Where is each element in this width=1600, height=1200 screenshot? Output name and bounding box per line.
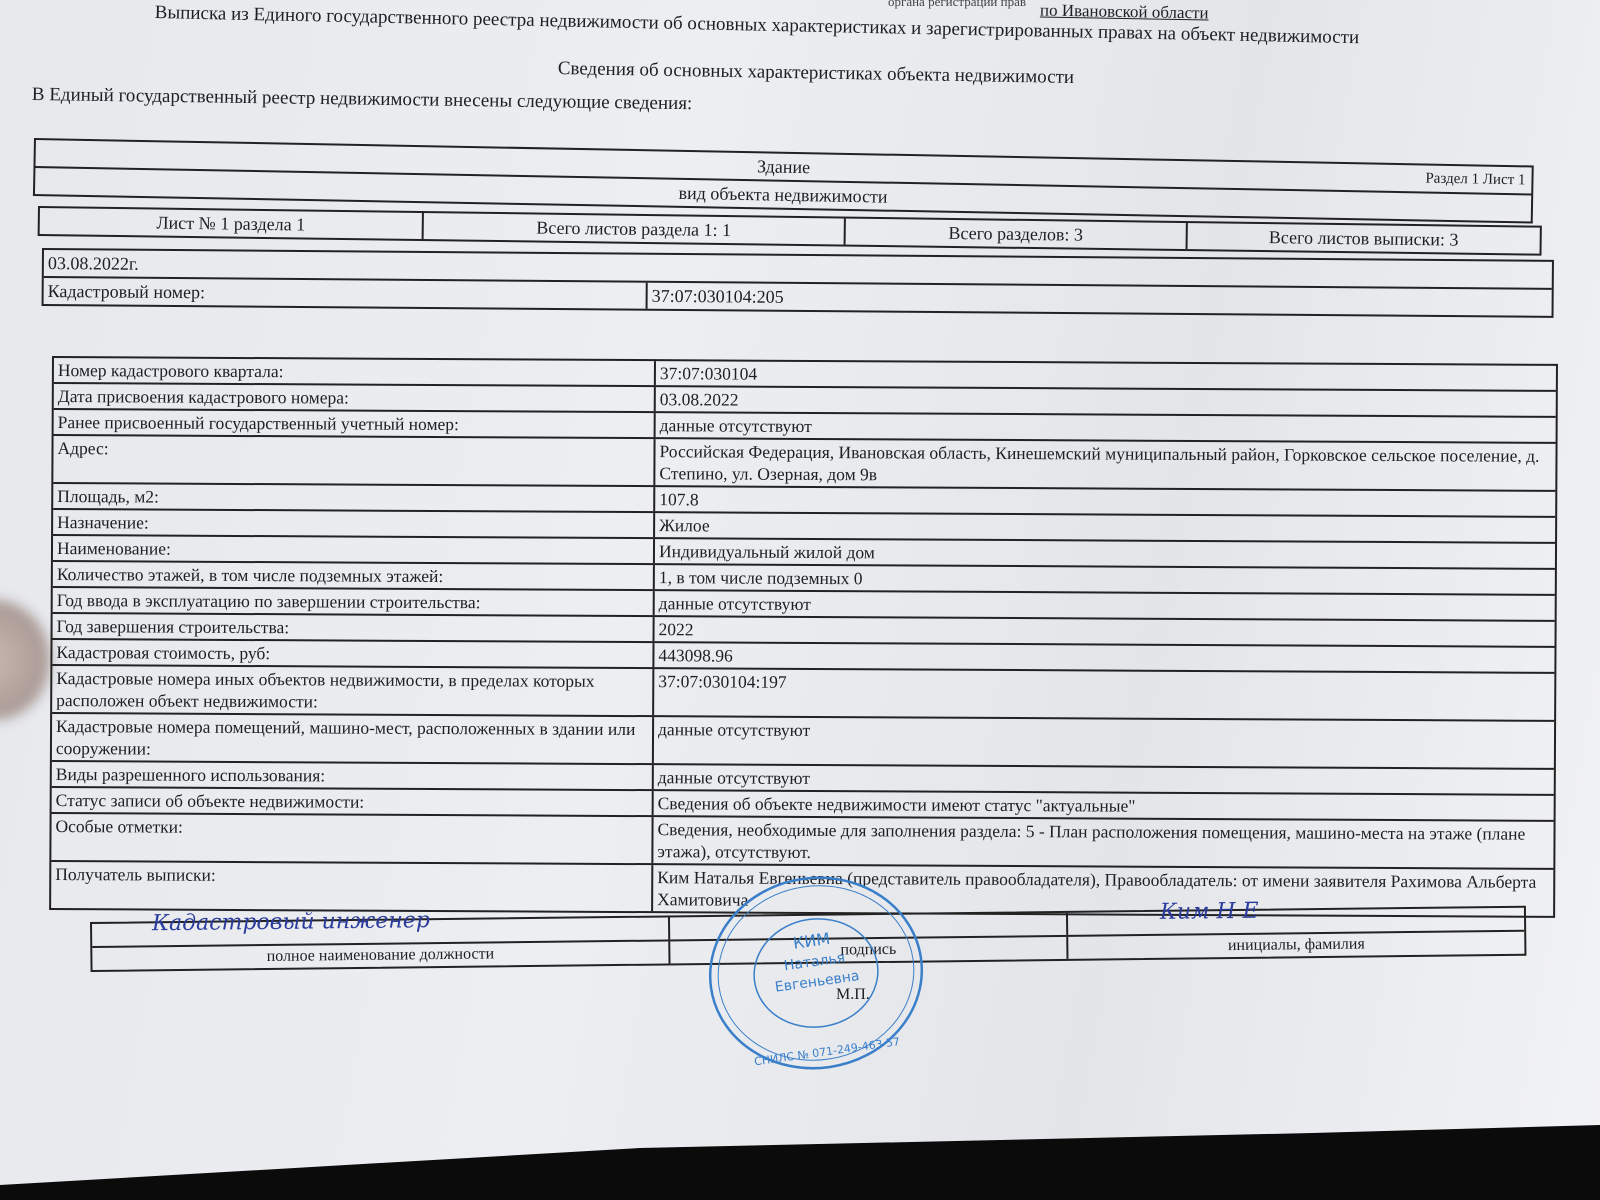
table-row: Кадастровые номера помещений, машино-мес… [52,712,1554,768]
table-row: Адрес:Российская Федерация, Ивановская о… [53,434,1555,490]
row-value: Сведения об объекте недвижимости имеют с… [654,791,1554,820]
row-value: 107.8 [655,487,1555,516]
row-label: Наименование: [53,536,655,563]
row-label: Ранее присвоенный государственный учетны… [54,410,656,437]
row-label: Назначение: [53,510,655,537]
region-name: по Ивановской области [1040,1,1209,24]
object-type: Здание [757,156,810,177]
row-label: Номер кадастрового квартала: [54,358,656,385]
row-label: Год завершения строительства: [53,614,655,641]
row-label: Год ввода в эксплуатацию по завершении с… [53,588,655,615]
svg-text:СНИЛС № 071-249-463 57: СНИЛС № 071-249-463 57 [753,1035,900,1068]
sheet-number: Лист № 1 раздела 1 [40,208,424,239]
row-value: данные отсутствуют [654,765,1554,794]
row-label: Адрес: [53,436,655,485]
row-value: 03.08.2022 [656,387,1556,416]
row-value: 37:07:030104:197 [654,669,1554,720]
row-label: Кадастровые номера иных объектов недвижи… [52,666,654,715]
table-row: Особые отметки:Сведения, необходимые для… [51,812,1553,868]
row-value: 1, в том числе подземных 0 [655,565,1555,594]
row-value: данные отсутствуют [656,413,1556,442]
cadastral-block: 03.08.2022г. Кадастровый номер: 37:07:03… [42,248,1554,318]
row-value: Жилое [655,513,1555,542]
cadastral-number-value: 37:07:030104:205 [648,283,784,310]
row-label: Получатель выписки: [51,862,653,911]
row-label: Особые отметки: [51,814,653,863]
table-row: Кадастровые номера иных объектов недвижи… [52,664,1554,720]
initials-caption: инициалы, фамилия [1068,932,1524,959]
engineer-stamp-icon: КИМ Наталья Евгеньевна СНИЛС № 071-249-4… [693,860,938,1087]
row-label: Дата присвоения кадастрового номера: [54,384,656,411]
sections-total: Всего разделов: 3 [846,219,1188,249]
row-value: Российская Федерация, Ивановская область… [655,439,1555,490]
row-label: Количество этажей, в том числе подземных… [53,562,655,589]
row-label: Площадь, м2: [53,484,655,511]
row-label: Кадастровая стоимость, руб: [52,640,654,667]
row-value: Индивидуальный жилой дом [655,539,1555,568]
extract-date: 03.08.2022г. [44,250,139,277]
row-value: Сведения, необходимые для заполнения раз… [653,817,1553,868]
row-value: 37:07:030104 [656,361,1556,390]
authority-fragment: органа регистрации прав [888,0,1026,10]
characteristics-table: Номер кадастрового квартала:37:07:030104… [49,356,1558,918]
extract-sheets-total: Всего листов выписки: 3 [1188,223,1540,254]
section-sheets-total: Всего листов раздела 1: 1 [424,213,846,245]
section-sheet: Раздел 1 Лист 1 [1425,166,1526,194]
initials-handwritten: Ким Н Е [1160,901,1259,924]
svg-text:КИМ: КИМ [792,929,831,953]
row-value: 2022 [655,617,1555,646]
row-label: Виды разрешенного использования: [52,762,654,789]
position-handwritten: Кадастровый инженер [152,910,430,935]
row-value: данные отсутствуют [655,591,1555,620]
row-label: Статус записи об объекте недвижимости: [52,788,654,815]
row-value: 443098.96 [654,643,1554,672]
row-label: Кадастровые номера помещений, машино-мес… [52,714,654,763]
cadastral-number-label: Кадастровый номер: [44,278,648,309]
position-caption: полное наименование должности [92,941,670,970]
row-value: данные отсутствуют [654,717,1554,768]
